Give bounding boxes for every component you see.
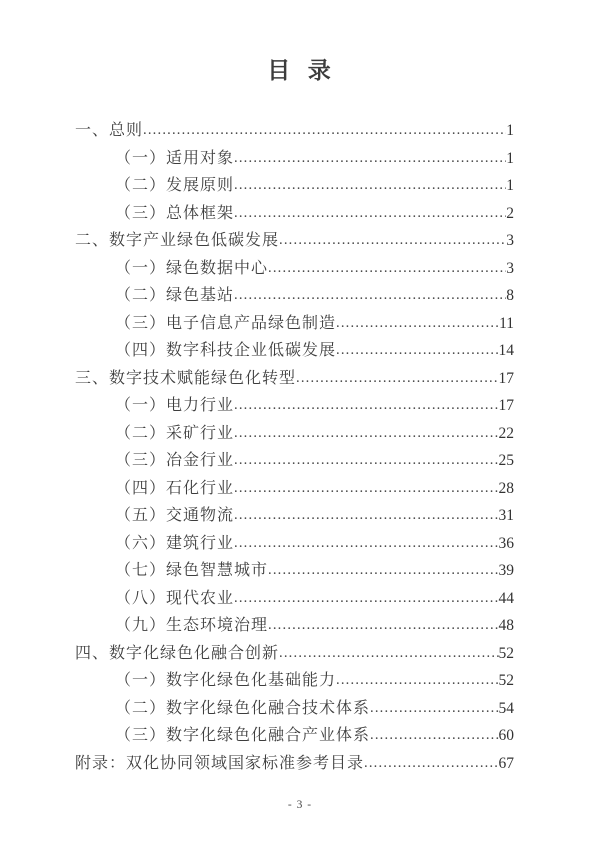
toc-entry-label: （八）现代农业	[115, 585, 234, 613]
toc-entry-page: 52	[499, 667, 515, 695]
toc-entry-label: （二）绿色基站	[115, 282, 234, 310]
toc-entry-label: （一）数字化绿色化基础能力	[115, 667, 336, 695]
toc-leader-dots	[143, 117, 506, 145]
toc-leader-dots	[370, 695, 498, 723]
toc-entry: 附录：双化协同领域国家标准参考目录 67	[75, 750, 514, 778]
toc-entry: （一）电力行业 17	[75, 392, 514, 420]
toc-entry-label: （二）数字化绿色化融合技术体系	[115, 695, 370, 723]
toc-entry: 四、数字化绿色化融合创新 52	[75, 640, 514, 668]
toc-entry-page: 54	[499, 695, 515, 723]
toc-entry-page: 39	[499, 557, 515, 585]
toc-entry-label: （四）石化行业	[115, 475, 234, 503]
toc-entry-page: 17	[499, 365, 515, 393]
toc-entry: （二）发展原则 1	[75, 172, 514, 200]
toc-entry-page: 67	[499, 750, 515, 778]
toc-entry-page: 3	[506, 255, 514, 283]
toc-entry-page: 17	[499, 392, 515, 420]
toc-leader-dots	[234, 200, 506, 228]
toc-leader-dots	[234, 585, 498, 613]
toc-entry: （二）采矿行业 22	[75, 420, 514, 448]
toc-entry: （八）现代农业 44	[75, 585, 514, 613]
toc-entry: 三、数字技术赋能绿色化转型 17	[75, 365, 514, 393]
toc-entry: （六）建筑行业 36	[75, 530, 514, 558]
toc-entry-label: （三）冶金行业	[115, 447, 234, 475]
toc-entry-page: 3	[506, 227, 514, 255]
toc-entry: （三）电子信息产品绿色制造 11	[75, 310, 514, 338]
toc-leader-dots	[234, 392, 498, 420]
toc-entry-page: 2	[506, 200, 514, 228]
toc-entry-page: 1	[506, 117, 514, 145]
toc-entry: （二）数字化绿色化融合技术体系 54	[75, 695, 514, 723]
toc-leader-dots	[268, 255, 506, 283]
toc-entry-label: 四、数字化绿色化融合创新	[75, 640, 279, 668]
toc-entry-page: 22	[499, 420, 515, 448]
toc-entry-label: （三）数字化绿色化融合产业体系	[115, 722, 370, 750]
toc-leader-dots	[279, 640, 498, 668]
toc-entry: （一）适用对象 1	[75, 145, 514, 173]
toc-entry: （一）绿色数据中心 3	[75, 255, 514, 283]
toc-entry: （九）生态环境治理 48	[75, 612, 514, 640]
toc-entry-page: 48	[499, 612, 515, 640]
toc-entry: （四）数字科技企业低碳发展 14	[75, 337, 514, 365]
toc-leader-dots	[234, 172, 506, 200]
toc-entry-label: （一）适用对象	[115, 145, 234, 173]
toc-entry-page: 31	[499, 502, 515, 530]
toc-leader-dots	[336, 310, 499, 338]
toc-entry-page: 1	[506, 172, 514, 200]
toc-entry-page: 60	[499, 722, 515, 750]
toc-leader-dots	[234, 530, 498, 558]
toc-entry-label: （一）绿色数据中心	[115, 255, 268, 283]
toc-entry-label: 附录：双化协同领域国家标准参考目录	[75, 750, 364, 778]
toc-leader-dots	[234, 282, 506, 310]
toc-entry: 一、总则 1	[75, 117, 514, 145]
toc-entry: （二）绿色基站 8	[75, 282, 514, 310]
toc-leader-dots	[279, 227, 506, 255]
toc-entry: （一）数字化绿色化基础能力 52	[75, 667, 514, 695]
toc-entry-label: （二）采矿行业	[115, 420, 234, 448]
toc-entry-page: 1	[506, 145, 514, 173]
toc-entry: （七）绿色智慧城市 39	[75, 557, 514, 585]
toc-entry-label: （七）绿色智慧城市	[115, 557, 268, 585]
toc-leader-dots	[370, 722, 498, 750]
toc-entry-label: （五）交通物流	[115, 502, 234, 530]
toc-leader-dots	[234, 447, 498, 475]
toc-leader-dots	[364, 750, 498, 778]
toc-entry-label: （一）电力行业	[115, 392, 234, 420]
toc-entry: 二、数字产业绿色低碳发展 3	[75, 227, 514, 255]
page-title: 目 录	[0, 56, 600, 86]
toc-entry-label: （二）发展原则	[115, 172, 234, 200]
page-number-footer: - 3 -	[0, 799, 600, 811]
toc-leader-dots	[336, 667, 498, 695]
toc-entry-label: （九）生态环境治理	[115, 612, 268, 640]
toc-entry-page: 52	[499, 640, 515, 668]
toc-entry-label: 二、数字产业绿色低碳发展	[75, 227, 279, 255]
toc-leader-dots	[268, 612, 498, 640]
toc-entry-page: 8	[506, 282, 514, 310]
toc-entry-label: （六）建筑行业	[115, 530, 234, 558]
toc-leader-dots	[336, 337, 498, 365]
toc-entry: （四）石化行业 28	[75, 475, 514, 503]
toc-leader-dots	[296, 365, 498, 393]
toc-entry-page: 25	[499, 447, 515, 475]
toc-entry-label: 一、总则	[75, 117, 143, 145]
toc-entry-page: 44	[499, 585, 515, 613]
toc-entry-label: 三、数字技术赋能绿色化转型	[75, 365, 296, 393]
toc-entry-label: （四）数字科技企业低碳发展	[115, 337, 336, 365]
toc-entry-page: 28	[499, 475, 515, 503]
toc-entry: （三）数字化绿色化融合产业体系 60	[75, 722, 514, 750]
toc-entry-page: 36	[499, 530, 515, 558]
toc-leader-dots	[234, 145, 506, 173]
toc-entry-label: （三）电子信息产品绿色制造	[115, 310, 336, 338]
toc-leader-dots	[234, 475, 498, 503]
toc-entry-page: 14	[499, 337, 515, 365]
toc-entry: （五）交通物流 31	[75, 502, 514, 530]
toc-leader-dots	[234, 420, 498, 448]
toc-entry-label: （三）总体框架	[115, 200, 234, 228]
toc-leader-dots	[234, 502, 498, 530]
toc-leader-dots	[268, 557, 498, 585]
toc-entry: （三）总体框架 2	[75, 200, 514, 228]
toc-entry: （三）冶金行业 25	[75, 447, 514, 475]
document-page: 目 录 一、总则 1 （一）适用对象 1 （二）发展原则 1 （三）总体框架 2…	[0, 0, 600, 849]
toc-entry-page: 11	[499, 310, 514, 338]
toc-list: 一、总则 1 （一）适用对象 1 （二）发展原则 1 （三）总体框架 2 二、数…	[0, 117, 600, 777]
